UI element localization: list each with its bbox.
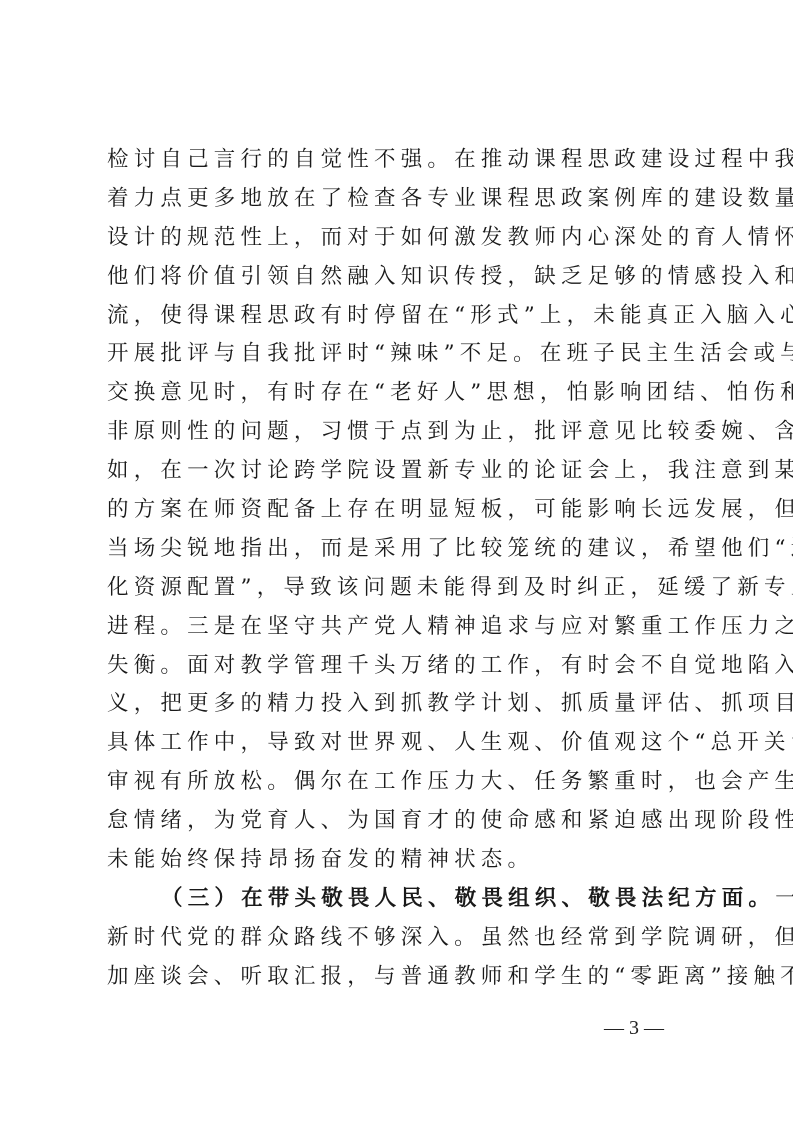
text-line: 加座谈会、听取汇报，与普通教师和学生的“零距离”接触不够多、不: [107, 958, 690, 997]
section-heading-continuation: 一是践行: [775, 886, 793, 911]
text-line: 设计的规范性上，而对于如何激发教师内心深处的育人情怀，引导: [107, 219, 690, 258]
text-line: 检讨自己言行的自觉性不强。在推动课程思政建设过程中我的工作: [107, 141, 690, 180]
section-heading-line: （三）在带头敬畏人民、敬畏组织、敬畏法纪方面。一是践行: [107, 880, 690, 919]
text-line: 开展批评与自我批评时“辣味”不足。在班子民主生活会或与其他同志: [107, 335, 690, 374]
page-number: — 3 —: [594, 1017, 674, 1040]
text-line: 着力点更多地放在了检查各专业课程思政案例库的建设数量、教学: [107, 180, 690, 219]
text-line: 的方案在师资配备上存在明显短板，可能影响长远发展，但我没有: [107, 491, 690, 530]
text-line: 怠情绪，为党育人、为国育才的使命感和紧迫感出现阶段性弱化，: [107, 802, 690, 841]
text-line: 审视有所放松。偶尔在工作压力大、任务繁重时，也会产生一丝懈: [107, 763, 690, 802]
text-line: 交换意见时，有时存在“老好人”思想，怕影响团结、怕伤和气，对于: [107, 374, 690, 413]
text-line: 新时代党的群众路线不够深入。虽然也经常到学院调研，但多是参: [107, 919, 690, 958]
text-line: 流，使得课程思政有时停留在“形式”上，未能真正入脑入心。二是在: [107, 297, 690, 336]
text-line: 如，在一次讨论跨学院设置新专业的论证会上，我注意到某个学院: [107, 452, 690, 491]
text-line: 当场尖锐地指出，而是采用了比较笼统的建议，希望他们“进一步优: [107, 530, 690, 569]
text-line: 他们将价值引领自然融入知识传授，缺乏足够的情感投入和思想交: [107, 258, 690, 297]
text-line: 非原则性的问题，习惯于点到为止，批评意见比较委婉、含蓄。比: [107, 413, 690, 452]
text-line: 具体工作中，导致对世界观、人生观、价值观这个“总开关”的经常性: [107, 724, 690, 763]
text-line: 失衡。面对教学管理千头万绪的工作，有时会不自觉地陷入事务主: [107, 647, 690, 686]
document-page: 检讨自己言行的自觉性不强。在推动课程思政建设过程中我的工作 着力点更多地放在了检…: [0, 0, 793, 1122]
body-text: 检讨自己言行的自觉性不强。在推动课程思政建设过程中我的工作 着力点更多地放在了检…: [107, 141, 690, 997]
text-line: 进程。三是在坚守共产党人精神追求与应对繁重工作压力之间存在: [107, 608, 690, 647]
text-line: 未能始终保持昂扬奋发的精神状态。: [107, 841, 690, 880]
section-heading: （三）在带头敬畏人民、敬畏组织、敬畏法纪方面。: [161, 886, 775, 911]
text-line: 化资源配置”，导致该问题未能得到及时纠正，延缓了新专业的申报: [107, 569, 690, 608]
text-line: 义，把更多的精力投入到抓教学计划、抓质量评估、抓项目申报等: [107, 685, 690, 724]
